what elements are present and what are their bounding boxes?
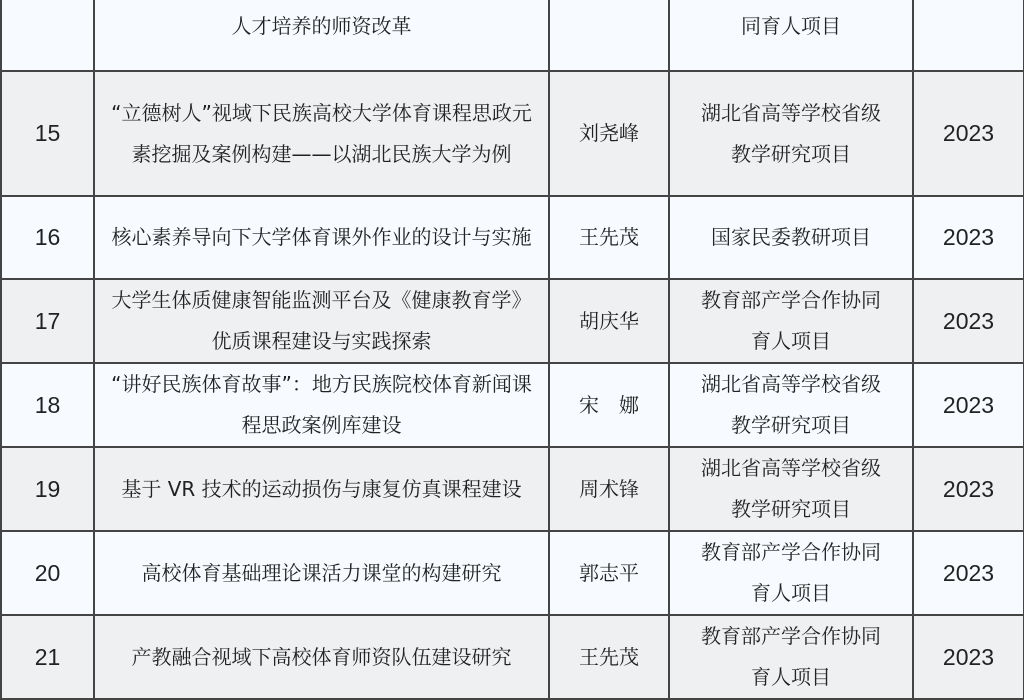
cell-number: 19 [1, 447, 94, 531]
cell-project-source: 湖北省高等学校省级教学研究项目 [669, 363, 913, 447]
cell-person: 刘尧峰 [549, 71, 669, 196]
cell-project-title: 核心素养导向下大学体育课外作业的设计与实施 [94, 196, 549, 279]
cell-year: 2023 [913, 531, 1024, 615]
cell-person: 胡庆华 [549, 279, 669, 363]
cell-project-source: 湖北省高等学校省级教学研究项目 [669, 71, 913, 196]
cell-year: 2023 [913, 615, 1024, 695]
cell-number: 21 [1, 615, 94, 695]
cell-project-title: 人才培养的师资改革 [94, 0, 549, 71]
cell-project-title: 产教融合视域下高校体育师资队伍建设研究 [94, 615, 549, 695]
cell-project-source: 教育部产学合作协同育人项目 [669, 615, 913, 695]
cell-project-title: “讲好民族体育故事”：地方民族院校体育新闻课程思政案例库建设 [94, 363, 549, 447]
cell-year: 2023 [913, 447, 1024, 531]
table-row: 16 核心素养导向下大学体育课外作业的设计与实施 王先茂 国家民委教研项目 20… [1, 196, 1024, 279]
cell-year: 2023 [913, 363, 1024, 447]
cell-year: 2023 [913, 279, 1024, 363]
cell-person: 王先茂 [549, 615, 669, 695]
cell-project-source: 同育人项目 [669, 0, 913, 71]
cell-project-source: 国家民委教研项目 [669, 196, 913, 279]
cell-number [1, 0, 94, 71]
cell-project-title: “立德树人”视域下民族高校大学体育课程思政元素挖掘及案例构建——以湖北民族大学为… [94, 71, 549, 196]
cell-person: 宋 娜 [549, 363, 669, 447]
table-row: 20 高校体育基础理论课活力课堂的构建研究 郭志平 教育部产学合作协同育人项目 … [1, 531, 1024, 615]
table-row-continuation: 人才培养的师资改革 同育人项目 [1, 0, 1024, 71]
cell-number: 15 [1, 71, 94, 196]
cell-number: 16 [1, 196, 94, 279]
cell-year: 2023 [913, 71, 1024, 196]
cell-number: 20 [1, 531, 94, 615]
cell-year [913, 0, 1024, 71]
table-row: 19 基于 VR 技术的运动损伤与康复仿真课程建设 周术锋 湖北省高等学校省级教… [1, 447, 1024, 531]
cell-project-title: 高校体育基础理论课活力课堂的构建研究 [94, 531, 549, 615]
cell-project-title: 大学生体质健康智能监测平台及《健康教育学》优质课程建设与实践探索 [94, 279, 549, 363]
cell-project-source: 教育部产学合作协同育人项目 [669, 279, 913, 363]
table-row: 21 产教融合视域下高校体育师资队伍建设研究 王先茂 教育部产学合作协同育人项目… [1, 615, 1024, 695]
cell-number: 17 [1, 279, 94, 363]
cell-person: 郭志平 [549, 531, 669, 615]
cell-person: 周术锋 [549, 447, 669, 531]
cell-person: 王先茂 [549, 196, 669, 279]
cell-number: 18 [1, 363, 94, 447]
projects-table: 人才培养的师资改革 同育人项目 15 “立德树人”视域下民族高校大学体育课程思政… [0, 0, 1024, 695]
table-row: 15 “立德树人”视域下民族高校大学体育课程思政元素挖掘及案例构建——以湖北民族… [1, 71, 1024, 196]
cell-person [549, 0, 669, 71]
cell-project-source: 湖北省高等学校省级教学研究项目 [669, 447, 913, 531]
cell-project-source: 教育部产学合作协同育人项目 [669, 531, 913, 615]
cell-year: 2023 [913, 196, 1024, 279]
table-row: 18 “讲好民族体育故事”：地方民族院校体育新闻课程思政案例库建设 宋 娜 湖北… [1, 363, 1024, 447]
table-row: 17 大学生体质健康智能监测平台及《健康教育学》优质课程建设与实践探索 胡庆华 … [1, 279, 1024, 363]
cell-project-title: 基于 VR 技术的运动损伤与康复仿真课程建设 [94, 447, 549, 531]
